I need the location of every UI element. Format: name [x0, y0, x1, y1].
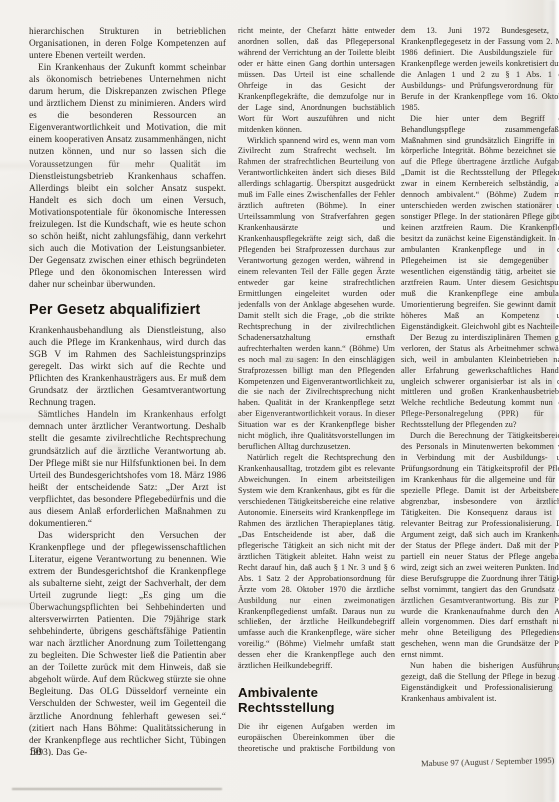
- paragraph: Die hier unter dem Begriff der Behandlun…: [401, 114, 559, 333]
- paragraph: Das widerspricht den Versuchen der Krank…: [29, 530, 226, 756]
- paragraph: Die ihr eigenen Aufgaben werden im europ…: [238, 722, 395, 756]
- text-column-left: hierarchischen Strukturen in betrieblich…: [29, 26, 226, 756]
- scanned-journal-page: hierarchischen Strukturen in betrieblich…: [0, 0, 559, 802]
- paragraph: Ein Krankenhaus der Zukunft kommt schein…: [29, 62, 226, 291]
- paragraph: Wirklich spannend wird es, wenn man vom …: [238, 136, 395, 454]
- paragraph: dem 13. Juni 1972 Bundesgesetz, im Krank…: [401, 26, 559, 114]
- paragraph: Krankenhausbehandlung als Dienstleistung…: [29, 325, 226, 409]
- paragraph: Nun haben die bisherigen Ausführungen ge…: [401, 661, 559, 705]
- paragraph: richt meinte, der Chefarzt hätte entwede…: [238, 26, 395, 136]
- paragraph: Durch die Berechnung der Tätigkeitsberei…: [401, 431, 559, 661]
- paragraph: hierarchischen Strukturen in betrieblich…: [29, 26, 226, 62]
- paragraph: Der Bezug zu interdisziplinären Themen g…: [401, 333, 559, 432]
- paragraph: Natürlich regelt die Rechtsprechung den …: [238, 453, 395, 672]
- section-heading-ambivalente: Ambivalente Rechtsstellung: [238, 685, 395, 715]
- text-column-right: dem 13. Juni 1972 Bundesgesetz, im Krank…: [401, 26, 559, 756]
- scan-edge-line: [12, 788, 222, 790]
- page-number: 50: [30, 746, 42, 758]
- section-heading-per-gesetz: Per Gesetz abqualifiziert: [29, 302, 226, 318]
- paragraph: Sämtliches Handeln im Krankenhaus erfolg…: [29, 409, 226, 529]
- journal-footer: Mabuse 97 (August / September 1995): [420, 755, 554, 768]
- text-column-middle: richt meinte, der Chefarzt hätte entwede…: [238, 26, 395, 756]
